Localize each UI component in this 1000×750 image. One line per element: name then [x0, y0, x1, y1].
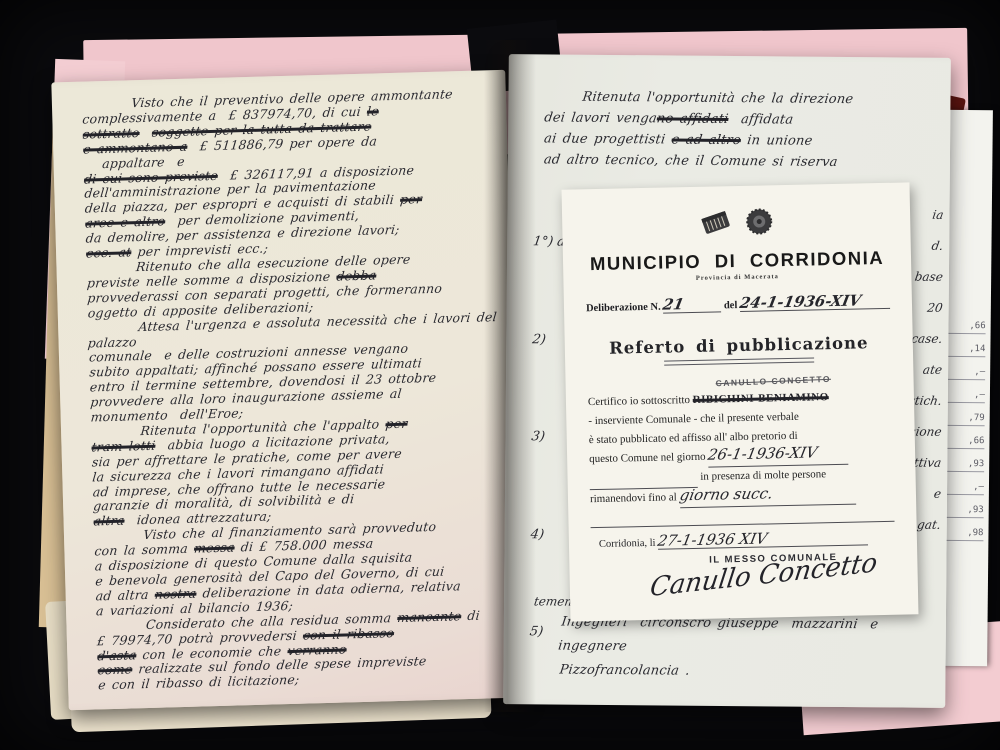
- struck-segment: altra: [93, 513, 125, 529]
- body-text: rimanendovi fino al: [590, 491, 680, 505]
- struck-segment: tram lotti: [91, 438, 156, 455]
- body-text: - inserviente Comunale - che il presente…: [588, 411, 799, 427]
- struck-segment: nostra: [154, 585, 197, 601]
- deliberation-number: 21: [662, 298, 685, 310]
- margin-number: 2): [531, 332, 565, 347]
- struck-name: RIBICHINI-BENIAMINO: [693, 391, 829, 406]
- handwritten-line: ad altro tecnico, che il Comune si riser…: [543, 149, 946, 173]
- place-date-row: Corridonia, li 27-1-1936 XIV: [599, 530, 895, 551]
- right-page-bottom-text: Ingegneri circonscro giuseppe mazzarini …: [559, 611, 950, 686]
- deliberation-row: Deliberazione N. 21 del 24-1-1936-XIV: [586, 294, 890, 315]
- struck-segment: le: [366, 103, 379, 118]
- margin-number: 1°) a: [532, 234, 566, 249]
- certificate-body: Certifico io sottoscritto RIBICHINI-BENI…: [588, 387, 895, 528]
- signing-date: 27-1-1936 XIV: [657, 532, 768, 546]
- hw-segment: ad altra: [95, 587, 156, 604]
- certificate-form: MUNICIPIO DI CORRIDONIA Provincia di Mac…: [562, 182, 919, 621]
- struck-segment: sottratto: [82, 125, 140, 142]
- hw-segment: Pizzofrancolancia .: [559, 663, 691, 679]
- struck-segment: debba: [336, 267, 377, 283]
- body-text: questo Comune nel giorno: [589, 451, 708, 465]
- struck-segment: ecc. at: [86, 244, 133, 260]
- name-stamp: CANULLO CONCETTO: [715, 371, 913, 389]
- margin-number: 4): [530, 527, 564, 542]
- deliberation-date: 24-1-1936-XIV: [739, 294, 862, 309]
- posting-date: 26-1-1936-XIV: [707, 446, 818, 460]
- emblems-row: [562, 202, 911, 245]
- struck-segment: mancante: [397, 608, 462, 625]
- date-field: 26-1-1936-XIV: [708, 445, 848, 468]
- hw-segment: di: [461, 607, 481, 623]
- until-field: giorno succ.: [679, 485, 855, 509]
- deliberation-date-field: 24-1-1936-XIV: [740, 294, 890, 312]
- deliberation-label: Deliberazione N.: [586, 302, 661, 315]
- until-date: giorno succ.: [678, 487, 773, 501]
- del-label: del: [724, 300, 738, 311]
- handwritten-line: Pizzofrancolancia .: [558, 659, 951, 686]
- margin-number: 5): [529, 624, 563, 639]
- struck-segment: messa: [193, 540, 235, 556]
- struck-segment: per: [385, 416, 408, 432]
- struck-segment: per: [400, 191, 423, 207]
- margin-number: 3): [530, 429, 564, 444]
- struck-segment: e ad altro: [671, 133, 742, 149]
- referto-title: Referto di pubblicazione: [565, 332, 913, 358]
- struck-segment: con il ribasso: [302, 625, 394, 643]
- hw-segment: ai due progettisti: [543, 131, 672, 147]
- hw-segment: affidata: [727, 112, 794, 128]
- hw-segment: ad altro tecnico, che il Comune si riser…: [543, 152, 839, 170]
- body-text: in presenza di molte persone: [697, 468, 826, 483]
- hw-segment: Ritenuta l'opportunità che la direzione: [543, 89, 854, 107]
- crest-icon: [742, 204, 777, 244]
- right-page-top-text: Ritenuta l'opportunità che la direzione …: [544, 86, 945, 173]
- place-label: Corridonia, li: [599, 538, 658, 550]
- left-page-text: Visto che il preventivo delle opere ammo…: [51, 70, 522, 695]
- left-page: Visto che il preventivo delle opere ammo…: [51, 70, 522, 710]
- title-double-rule: [664, 357, 814, 365]
- hw-segment: dei lavori venga: [543, 110, 658, 126]
- body-text: Certifico io sottoscritto: [588, 394, 693, 408]
- hw-segment: in unione: [740, 133, 814, 149]
- struck-segment: no affidati: [656, 111, 730, 127]
- margin-numbers: 1°) a2)3)4)5): [530, 234, 565, 639]
- deliberation-number-field: 21: [663, 297, 721, 313]
- photo-background: ,66,14,—,—,79,66,93,—,93,98 Visto che il…: [0, 0, 1000, 750]
- struck-segment: come: [97, 662, 133, 678]
- fasces-icon: [696, 206, 737, 244]
- signing-date-field: 27-1-1936 XIV: [658, 530, 868, 549]
